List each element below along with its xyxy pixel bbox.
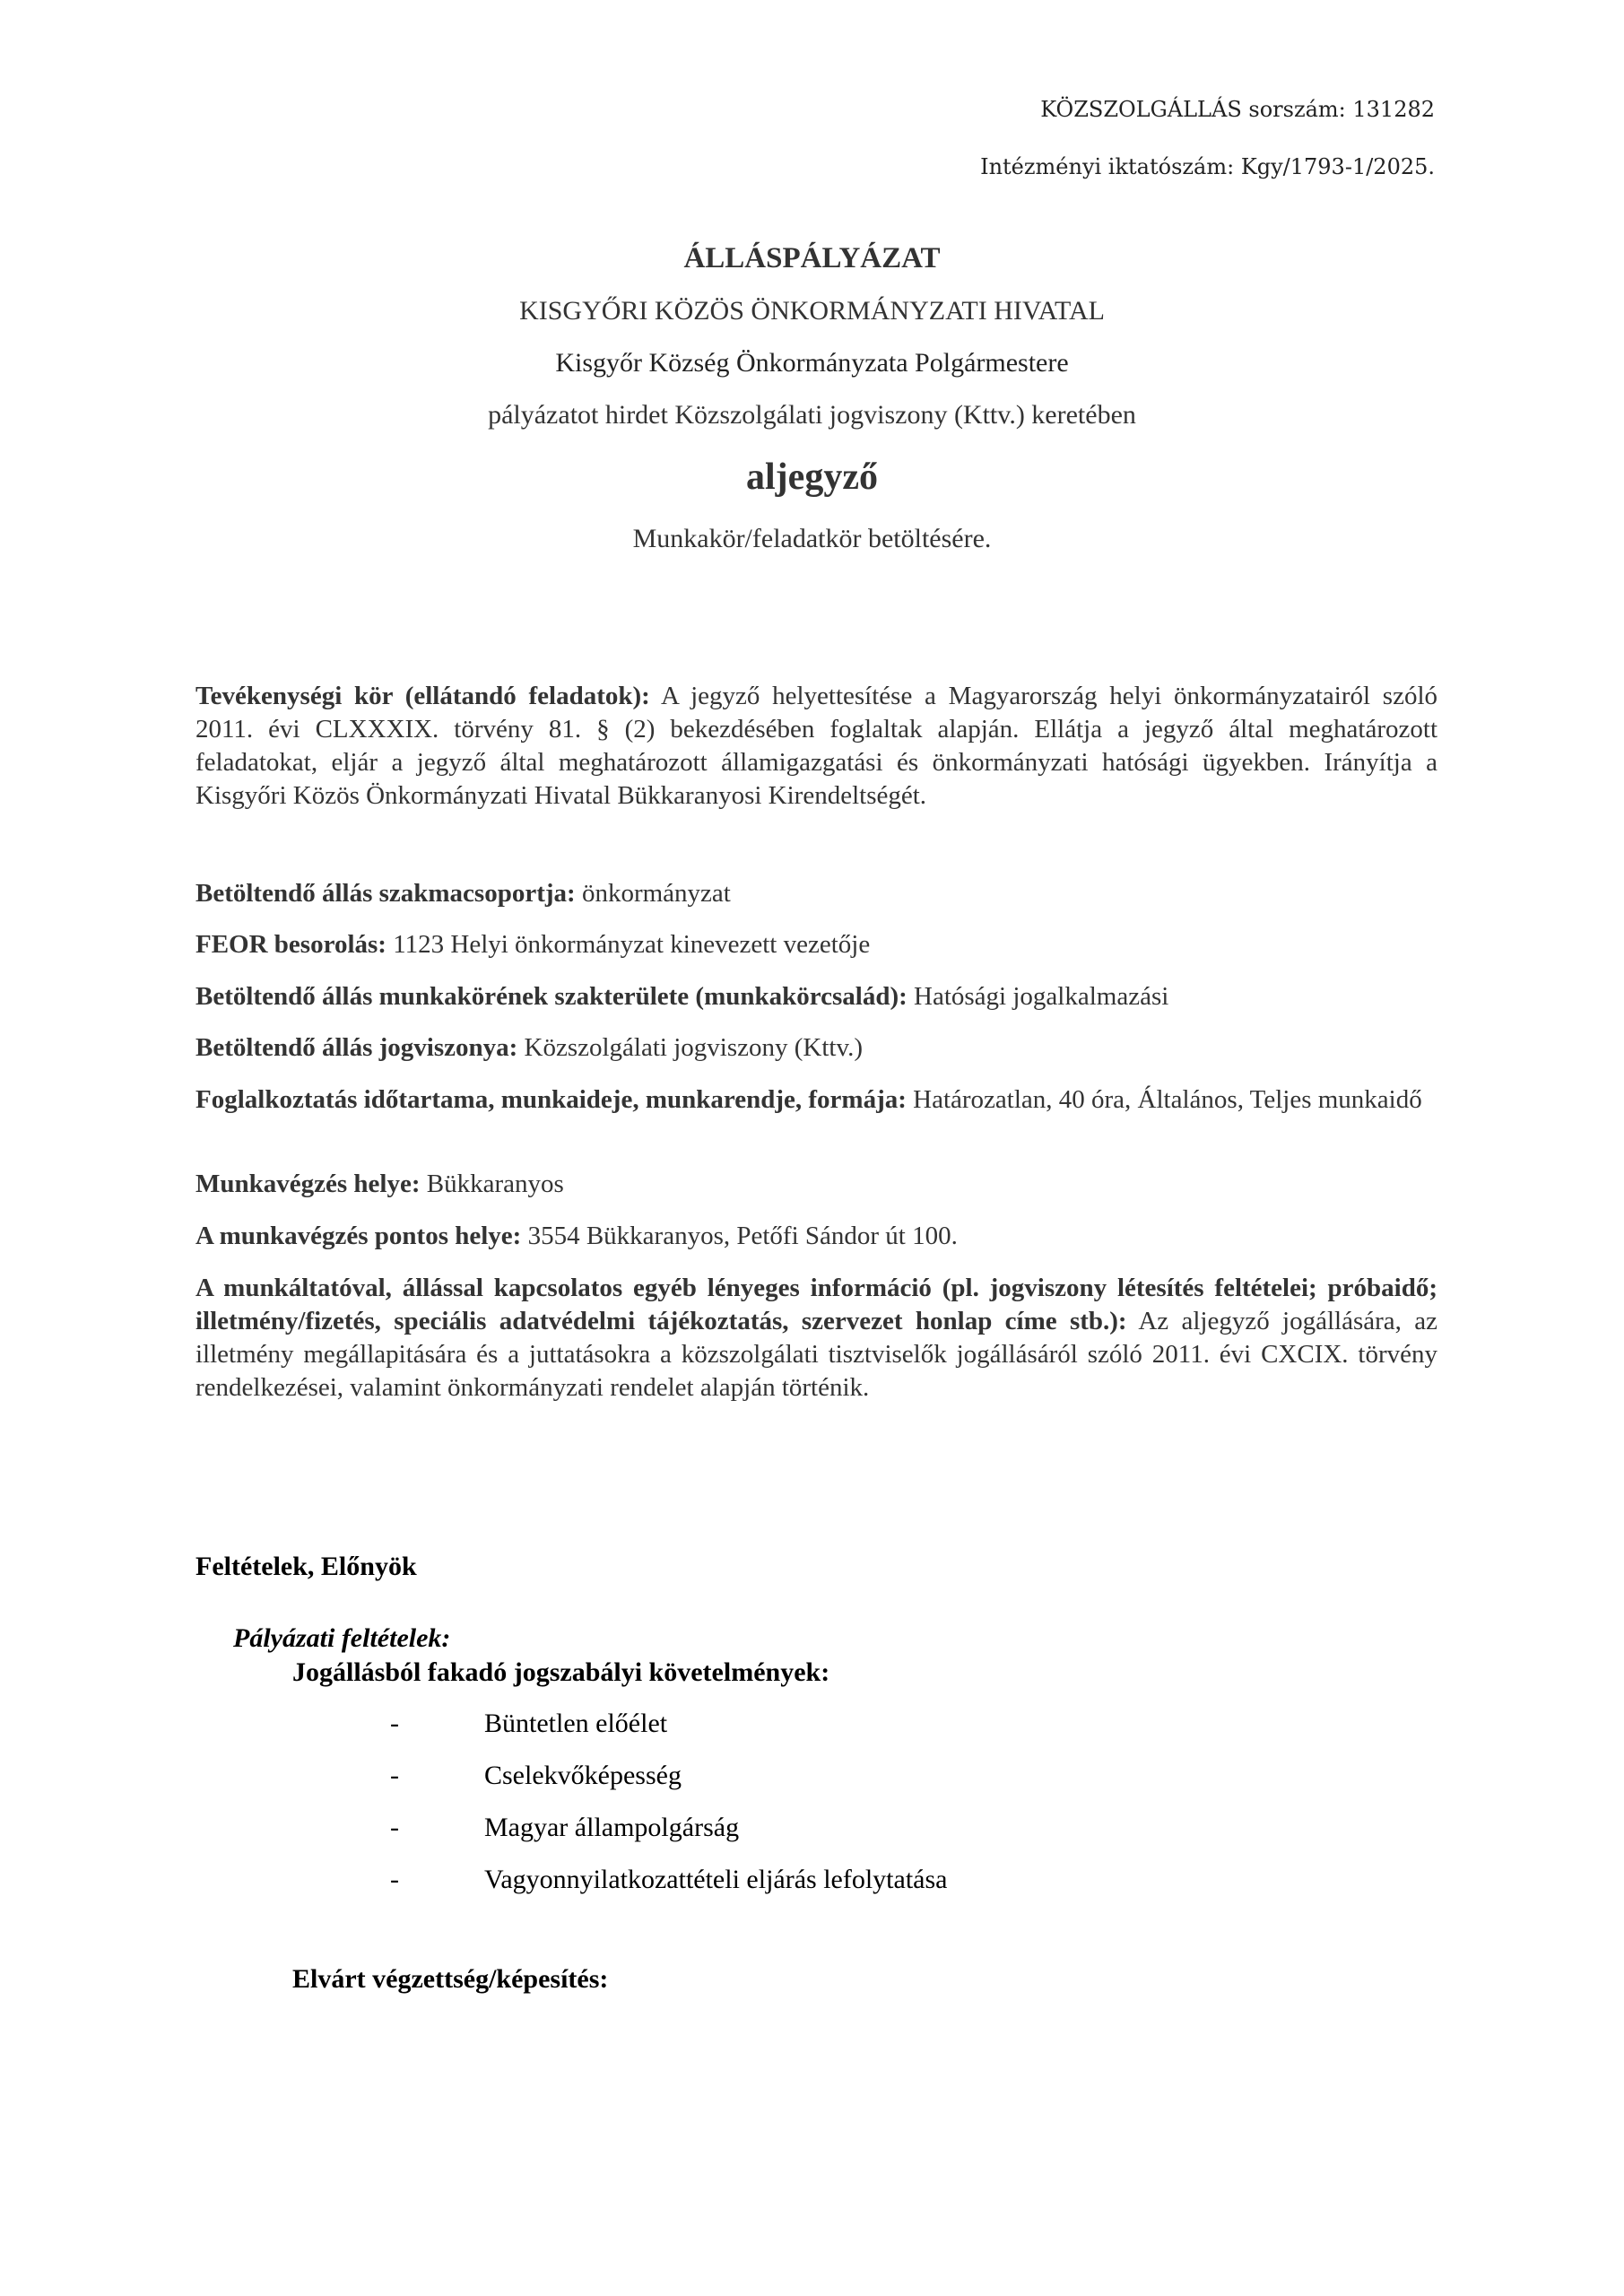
conditions-heading: Feltételek, Előnyök <box>195 1552 417 1582</box>
activity-label: Tevékenységi kör (ellátandó feladatok): <box>195 682 650 710</box>
position-title: aljegyző <box>0 456 1624 499</box>
list-item: - Cselekvőképesség <box>390 1761 947 1813</box>
feor-value: 1123 Helyi önkormányzat kinevezett vezet… <box>386 930 870 959</box>
workplace-value: Bükkaranyos <box>421 1170 564 1198</box>
exact-workplace-paragraph: A munkavégzés pontos helye: 3554 Bükkara… <box>195 1220 1437 1253</box>
dash-bullet-icon: - <box>390 1761 484 1791</box>
list-item: - Büntetlen előélet <box>390 1709 947 1761</box>
employment-label: Foglalkoztatás időtartama, munkaideje, m… <box>195 1085 907 1114</box>
dash-bullet-icon: - <box>390 1709 484 1739</box>
field-value: Hatósági jogalkalmazási <box>908 982 1169 1011</box>
other-info-paragraph: A munkáltatóval, állással kapcsolatos eg… <box>195 1272 1437 1405</box>
employment-paragraph: Foglalkoztatás időtartama, munkaideje, m… <box>195 1083 1437 1117</box>
requirements-list: - Büntetlen előélet - Cselekvőképesség -… <box>390 1709 947 1917</box>
list-item: - Vagyonnyilatkozattételi eljárás lefoly… <box>390 1865 947 1917</box>
legal-relationship-paragraph: Betöltendő állás jogviszonya: Közszolgál… <box>195 1031 1437 1065</box>
issuer-name: Kisgyőr Község Önkormányzata Polgármeste… <box>0 348 1624 378</box>
employment-value: Határozatlan, 40 óra, Általános, Teljes … <box>907 1085 1422 1114</box>
exact-workplace-label: A munkavégzés pontos helye: <box>195 1222 521 1250</box>
requirement-text: Magyar állampolgárság <box>484 1813 739 1843</box>
requirement-text: Cselekvőképesség <box>484 1761 682 1791</box>
dash-bullet-icon: - <box>390 1813 484 1843</box>
document-title: ÁLLÁSPÁLYÁZAT <box>0 242 1624 275</box>
dash-bullet-icon: - <box>390 1865 484 1895</box>
application-conditions-heading: Pályázati feltételek: <box>233 1623 450 1654</box>
legal-relationship-value: Közszolgálati jogviszony (Kttv.) <box>517 1033 863 1062</box>
exact-workplace-value: 3554 Bükkaranyos, Petőfi Sándor út 100. <box>521 1222 958 1250</box>
serial-number: KÖZSZOLGÁLLÁS sorszám: 131282 <box>1040 97 1435 122</box>
activity-paragraph: Tevékenységi kör (ellátandó feladatok): … <box>195 680 1437 813</box>
field-label: Betöltendő állás munkakörének szakterüle… <box>195 982 908 1011</box>
document-page: KÖZSZOLGÁLLÁS sorszám: 131282 Intézményi… <box>0 0 1624 2296</box>
workplace-paragraph: Munkavégzés helye: Bükkaranyos <box>195 1168 1437 1201</box>
field-paragraph: Betöltendő állás munkakörének szakterüle… <box>195 980 1437 1013</box>
feor-paragraph: FEOR besorolás: 1123 Helyi önkormányzat … <box>195 928 1437 961</box>
professional-group-value: önkormányzat <box>576 879 731 908</box>
fill-text: Munkakör/feladatkör betöltésére. <box>0 524 1624 554</box>
feor-label: FEOR besorolás: <box>195 930 386 959</box>
education-heading: Elvárt végzettség/képesítés: <box>292 1964 608 1995</box>
legal-relationship-label: Betöltendő állás jogviszonya: <box>195 1033 517 1062</box>
office-name: KISGYŐRI KÖZÖS ÖNKORMÁNYZATI HIVATAL <box>0 296 1624 326</box>
professional-group-label: Betöltendő állás szakmacsoportja: <box>195 879 576 908</box>
professional-group-paragraph: Betöltendő állás szakmacsoportja: önkorm… <box>195 877 1437 910</box>
list-item: - Magyar állampolgárság <box>390 1813 947 1865</box>
registry-number: Intézményi iktatószám: Kgy/1793-1/2025. <box>980 154 1435 179</box>
legal-requirements-heading: Jogállásból fakadó jogszabályi követelmé… <box>292 1657 829 1688</box>
requirement-text: Büntetlen előélet <box>484 1709 667 1739</box>
requirement-text: Vagyonnyilatkozattételi eljárás lefolyta… <box>484 1865 947 1895</box>
announcement-text: pályázatot hirdet Közszolgálati jogviszo… <box>0 400 1624 430</box>
workplace-label: Munkavégzés helye: <box>195 1170 421 1198</box>
